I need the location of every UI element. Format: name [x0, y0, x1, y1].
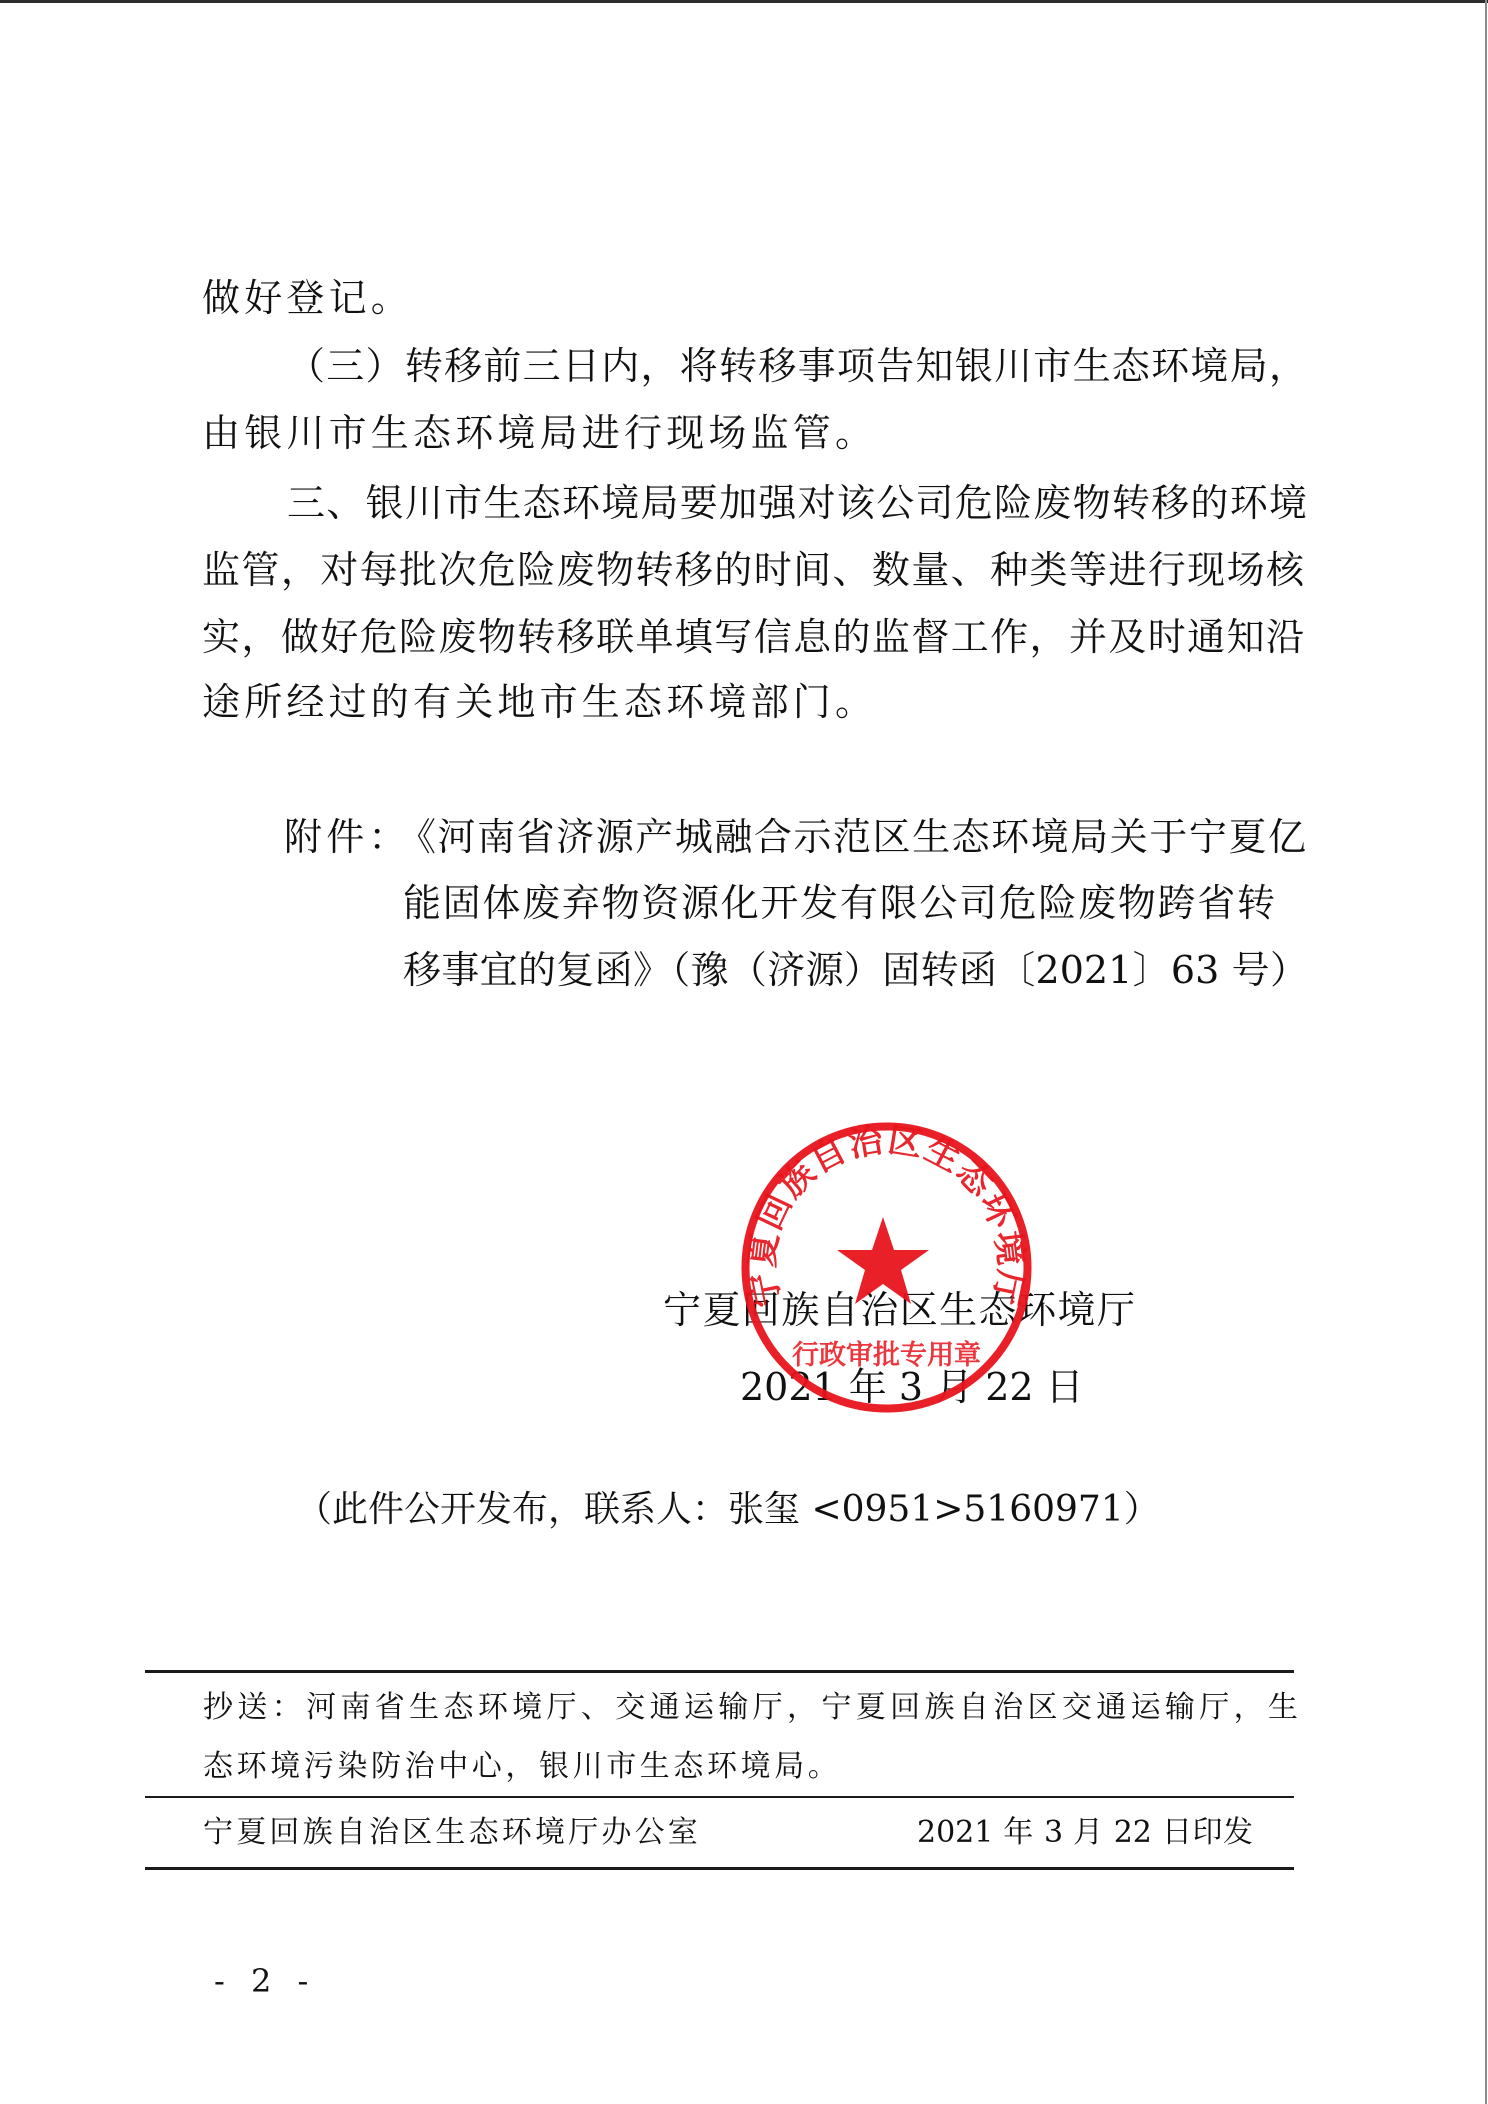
- cc-recipients-line: 抄送：河南省生态环境厅、交通运输厅，宁夏回族自治区交通运输厅，生: [203, 1693, 1298, 1723]
- cc-recipients-line: 态环境污染防治中心，银川市生态环境局。: [203, 1752, 841, 1782]
- body-line: 由银川市生态环境局进行现场监管。: [202, 414, 877, 452]
- attachment-line: 《河南省济源产城融合示范区生态环境局关于宁夏亿: [398, 818, 1306, 856]
- svg-text:宁夏回族自治区生态环境厅: 宁夏回族自治区生态环境厅: [742, 1121, 1030, 1310]
- footer-middle-rule: [145, 1796, 1294, 1798]
- footer-bottom-rule: [145, 1867, 1294, 1870]
- attachment-label: 附件：: [284, 818, 411, 856]
- signature-organization: 宁夏回族自治区生态环境厅: [663, 1291, 1135, 1329]
- attachment-line: 能固体废弃物资源化开发有限公司危险废物跨省转: [403, 884, 1275, 922]
- body-line: 监管，对每批次危险废物转移的时间、数量、种类等进行现场核: [202, 551, 1304, 589]
- body-line: 途所经过的有关地市生态环境部门。: [202, 683, 877, 721]
- page-number: - 2 -: [214, 1962, 316, 2000]
- issuing-office: 宁夏回族自治区生态环境厅办公室: [203, 1818, 701, 1848]
- body-line: 做好登记。: [202, 279, 413, 317]
- footer-top-rule: [145, 1670, 1294, 1673]
- contact-note: （此件公开发布，联系人：张玺 <0951>5160971）: [296, 1492, 1146, 1528]
- signature-date: 2021 年 3 月 22 日: [740, 1368, 1038, 1406]
- body-line: （三）转移前三日内，将转移事项告知银川市生态环境局，: [287, 347, 1307, 385]
- issue-date: 2021 年 3 月 22 日印发: [917, 1818, 1253, 1848]
- body-line: 三、银川市生态环境局要加强对该公司危险废物转移的环境: [287, 484, 1307, 522]
- attachment-line: 移事宜的复函》（豫（济源）固转函〔2021〕63 号）: [403, 951, 1308, 989]
- page-top-border: [0, 0, 1488, 3]
- page-right-border: [1485, 0, 1487, 2104]
- body-line: 实，做好危险废物转移联单填写信息的监督工作，并及时通知沿: [202, 618, 1304, 656]
